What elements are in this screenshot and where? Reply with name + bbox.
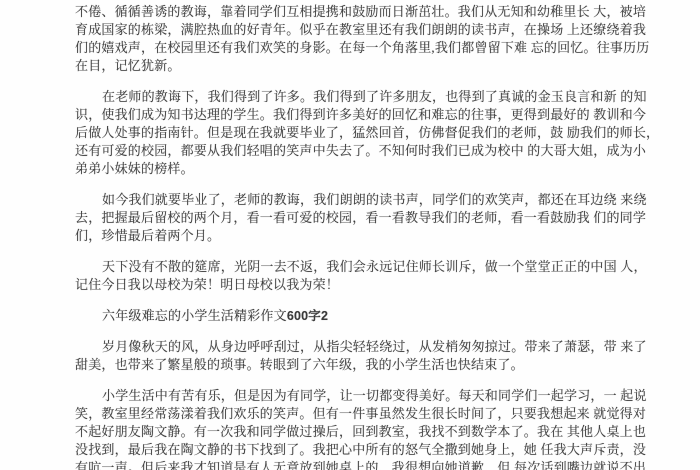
text-line: 不起好朋友陶文静。有一次我和同学做过操后，回到教室，我找不到数学本了。我在 其他… — [75, 423, 636, 441]
document-content: 不倦、循循善诱的教诲，靠着同学们互相提携和鼓励而日渐茁壮。我们从无知和幼稚里长 … — [75, 3, 636, 470]
text-line: 记住今日我以母校为荣！明日母校以我为荣！ — [75, 276, 636, 294]
text-line: 不倦、循循善诱的教诲，靠着同学们互相提携和鼓励而日渐茁壮。我们从无知和幼稚里长 … — [75, 3, 636, 21]
section-heading: 六年级难忘的小学生活精彩作文600字2 — [75, 307, 636, 325]
text-line: 育成国家的栋梁，满腔热血的好青年。似乎在教室里还有我们朗朗的读书声，在操场 上还… — [75, 21, 636, 39]
text-line: 天下没有不散的筵席，光阴一去不返，我们会永远记住师长训斥，做一个堂堂正正的中国 … — [75, 258, 636, 276]
text-line: 在老师的教诲下，我们得到了许多。我们得到了许多朋友，也得到了真诚的金玉良言和新 … — [75, 88, 636, 106]
text-line: 岁月像秋天的风，从身边呼呼刮过，从指尖轻轻绕过，从发梢匆匆掠过。带来了萧瑟，带 … — [75, 338, 636, 356]
text-line: 有吭一声。但后来我才知道是有人无意放到她桌上的，我很想向她道歉，但 每次话到嘴边… — [75, 459, 636, 470]
text-line: 弟弟小妹妹的榜样。 — [75, 160, 636, 178]
heading-text: 六年级难忘的小学生活精彩作文 — [102, 308, 287, 323]
text-line: 识，使我们成为知书达理的学生。我们得到许多美好的回忆和难忘的往事，更得到最好的 … — [75, 106, 636, 124]
text-line: 小学生活中有苦有乐，但是因为有同学，让一切都变得美好。每天和同学们一起学习，一 … — [75, 387, 636, 405]
paragraph: 不倦、循循善诱的教诲，靠着同学们互相提携和鼓励而日渐茁壮。我们从无知和幼稚里长 … — [75, 3, 636, 75]
text-line: 没找到，最后我在陶文静的书下找到了。我把心中所有的怒气全撒到她身上，她 任我大声… — [75, 441, 636, 459]
heading-line: 六年级难忘的小学生活精彩作文600字2 — [75, 307, 636, 325]
paragraph: 在老师的教诲下，我们得到了许多。我们得到了许多朋友，也得到了真诚的金玉良言和新 … — [75, 88, 636, 178]
text-line: 甜美，也带来了繁星般的琐事。转眼到了六年级，我的小学生活也快结束了。 — [75, 356, 636, 374]
text-line: 如今我们就要毕业了，老师的教诲，我们朗朗的读书声，同学们的欢笑声，都还在耳边绕 … — [75, 191, 636, 209]
text-line: 们，珍惜最后着两个月。 — [75, 227, 636, 245]
paragraph: 天下没有不散的筵席，光阴一去不返，我们会永远记住师长训斥，做一个堂堂正正的中国 … — [75, 258, 636, 294]
text-line: 去，把握最后留校的两个月，看一看可爱的校园，看一看教导我们的老师，看一看鼓励我 … — [75, 209, 636, 227]
document-page: 不倦、循循善诱的教诲，靠着同学们互相提携和鼓励而日渐茁壮。我们从无知和幼稚里长 … — [0, 0, 700, 470]
paragraph: 小学生活中有苦有乐，但是因为有同学，让一切都变得美好。每天和同学们一起学习，一 … — [75, 387, 636, 470]
text-line: 们的嬉戏声，在校园里还有我们欢笑的身影。在每一个角落里,我们都曾留下难 忘的回忆… — [75, 39, 636, 57]
paragraph: 如今我们就要毕业了，老师的教诲，我们朗朗的读书声，同学们的欢笑声，都还在耳边绕 … — [75, 191, 636, 245]
text-line: 还有可爱的校园，都要从我们轻唱的笑声中失去了。不知何时我们已成为校中 的大哥大姐… — [75, 142, 636, 160]
text-line: 笑，教室里经常荡漾着我们欢乐的笑声。但有一件事虽然发生很长时间了，只要我想起来 … — [75, 405, 636, 423]
heading-number: 600字2 — [287, 309, 328, 323]
text-line: 在目，记忆犹新。 — [75, 57, 636, 75]
paragraph: 岁月像秋天的风，从身边呼呼刮过，从指尖轻轻绕过，从发梢匆匆掠过。带来了萧瑟，带 … — [75, 338, 636, 374]
text-line: 后做人处事的指南针。但是现在我就要毕业了，猛然回首，仿佛督促我们的老师，鼓 励我… — [75, 124, 636, 142]
